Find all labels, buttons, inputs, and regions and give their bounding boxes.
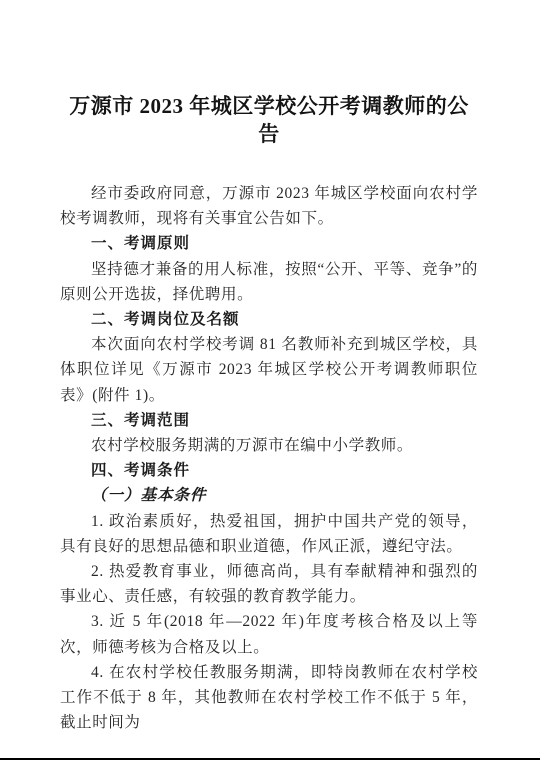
doc-paragraph: 2. 热爱教育事业，师德高尚，具有奉献精神和强烈的事业心、责任感，有较强的教育教… (60, 559, 478, 609)
doc-title: 万源市 2023 年城区学校公开考调教师的公告 (60, 92, 478, 148)
doc-paragraph: 农村学校服务期满的万源市在编中小学教师。 (60, 433, 478, 458)
doc-paragraph: 1. 政治素质好，热爱祖国，拥护中国共产党的领导，具有良好的思想品德和职业道德，… (60, 509, 478, 559)
doc-paragraph: 4. 在农村学校任教服务期满，即特岗教师在农村学校工作不低于 8 年，其他教师在… (60, 660, 478, 736)
doc-paragraph: 本次面向农村学校考调 81 名教师补充到城区学校，具体职位详见《万源市 2023… (60, 332, 478, 408)
doc-paragraph: 坚持德才兼备的用人标准，按照“公开、平等、竞争”的原则公开选拔，择优聘用。 (60, 257, 478, 307)
doc-paragraph: 3. 近 5 年(2018 年—2022 年)年度考核合格及以上等次，师德考核为… (60, 609, 478, 659)
doc-paragraph: 经市委政府同意，万源市 2023 年城区学校面向农村学校考调教师，现将有关事宜公… (60, 181, 478, 231)
section-heading-3: 三、考调范围 (60, 408, 478, 433)
page-bottom-edge (0, 758, 540, 760)
section-heading-4: 四、考调条件 (60, 458, 478, 483)
section-heading-2: 二、考调岗位及名额 (60, 307, 478, 332)
document-page: 万源市 2023 年城区学校公开考调教师的公告 经市委政府同意，万源市 2023… (0, 0, 540, 764)
sub-heading-basic-conditions: （一）基本条件 (60, 483, 478, 508)
section-heading-1: 一、考调原则 (60, 231, 478, 256)
